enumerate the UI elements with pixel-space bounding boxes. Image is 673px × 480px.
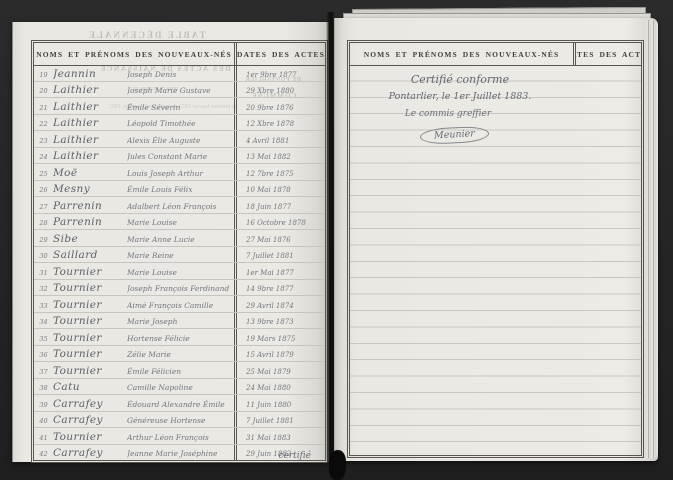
row-act-date: 15 Avril 1879 bbox=[234, 346, 325, 362]
births-table-right: NOMS ET PRÉNOMS DES NOUVEAUX-NÉS DATES D… bbox=[347, 40, 644, 458]
empty-ruled-rows: Certifié conforme Pontarlier, le 1er Jui… bbox=[350, 65, 641, 455]
row-surname: Tournier bbox=[53, 300, 127, 312]
table-row: 39CarrafeyÉdouard Alexandre Émile11 Juin… bbox=[34, 395, 325, 412]
row-given-names: Marie Anne Lucie bbox=[127, 235, 234, 246]
row-number: 40 bbox=[34, 417, 53, 427]
row-act-date: 27 Mai 1876 bbox=[234, 230, 325, 246]
row-given-names: Joseph Marie Gustave bbox=[127, 86, 234, 97]
register-page-left: TABLE DÉCENNALE DES ACTES DE NAISSANCE C… bbox=[12, 22, 329, 462]
table-row: 28ParreninMarie Louise16 Octobre 1878 bbox=[34, 214, 325, 231]
row-given-names: Hortense Félicie bbox=[127, 334, 234, 345]
row-act-date: 10 Mai 1878 bbox=[234, 181, 325, 197]
row-number: 42 bbox=[34, 450, 53, 460]
row-given-names: Camille Napoline bbox=[127, 383, 234, 394]
row-given-names: Arthur Léon François bbox=[127, 433, 234, 444]
row-act-date: 7 Juillet 1881 bbox=[234, 412, 325, 428]
row-number: 27 bbox=[34, 203, 53, 213]
row-surname: Tournier bbox=[53, 316, 127, 328]
table-row: 19JeanninJoseph Denis1er 9bre 1877 bbox=[34, 65, 325, 82]
row-number: 32 bbox=[34, 285, 53, 295]
table-row: 21LaithierÉmile Séverin20 9bre 1876 bbox=[34, 98, 325, 115]
table-row: 34TournierMarie Joseph13 9bre 1873 bbox=[34, 313, 325, 330]
row-number: 25 bbox=[34, 170, 53, 180]
row-act-date: 12 7bre 1875 bbox=[234, 164, 325, 180]
table-row: 26MesnyÉmile Louis Félix10 Mai 1878 bbox=[34, 181, 325, 198]
table-row: 24LaithierJules Constant Marie13 Mai 188… bbox=[34, 148, 325, 165]
row-given-names: Émile Séverin bbox=[127, 103, 234, 114]
row-surname: Tournier bbox=[53, 267, 127, 279]
row-act-date: 7 Juillet 1881 bbox=[234, 247, 325, 263]
gutter-shadow-notch bbox=[328, 450, 347, 480]
row-act-date: 12 Xbre 1878 bbox=[234, 115, 325, 131]
row-surname: Tournier bbox=[53, 349, 127, 361]
row-given-names: Joseph Denis bbox=[127, 70, 234, 81]
row-number: 35 bbox=[34, 335, 53, 345]
row-surname: Sibe bbox=[53, 234, 127, 246]
row-surname: Parrenin bbox=[53, 217, 127, 229]
row-given-names: Généreuse Hortense bbox=[127, 416, 234, 427]
table-row: 25MoëLouis Joseph Arthur12 7bre 1875 bbox=[34, 164, 325, 181]
row-given-names: Jeanne Marie Joséphine bbox=[127, 449, 234, 460]
table-row: 41TournierArthur Léon François31 Mai 188… bbox=[34, 428, 325, 445]
row-surname: Tournier bbox=[53, 432, 127, 444]
row-surname: Carrafey bbox=[53, 415, 127, 427]
row-surname: Tournier bbox=[53, 333, 127, 345]
row-act-date: 1er 9bre 1877 bbox=[234, 65, 325, 81]
table-row: 29SibeMarie Anne Lucie27 Mai 1876 bbox=[34, 230, 325, 247]
row-act-date: 11 Juin 1880 bbox=[234, 395, 325, 411]
signature-wrap: Meunier bbox=[350, 124, 570, 143]
row-surname: Tournier bbox=[53, 283, 127, 295]
certification-block: Certifié conforme Pontarlier, le 1er Jui… bbox=[350, 73, 570, 143]
register-page-right: NOMS ET PRÉNOMS DES NOUVEAUX-NÉS DATES D… bbox=[334, 18, 658, 461]
table-row: 36TournierZélie Marie15 Avril 1879 bbox=[34, 346, 325, 363]
row-act-date: 29 Xbre 1880 bbox=[234, 82, 325, 98]
row-surname: Laithier bbox=[53, 135, 127, 147]
row-surname: Laithier bbox=[53, 151, 127, 163]
row-given-names: Joseph François Ferdinand bbox=[127, 284, 234, 295]
row-given-names: Marie Joseph bbox=[127, 317, 234, 328]
row-number: 33 bbox=[34, 302, 53, 312]
row-number: 19 bbox=[34, 71, 53, 81]
row-number: 24 bbox=[34, 153, 53, 163]
row-act-date: 31 Mai 1883 bbox=[234, 428, 325, 444]
table-header: NOMS ET PRÉNOMS DES NOUVEAUX-NÉS DATES D… bbox=[350, 43, 641, 66]
row-number: 22 bbox=[34, 120, 53, 130]
row-surname: Saillard bbox=[53, 250, 127, 262]
row-act-date: 24 Mai 1880 bbox=[234, 379, 325, 395]
row-number: 38 bbox=[34, 384, 53, 394]
row-number: 36 bbox=[34, 351, 53, 361]
row-act-date: 14 9bre 1877 bbox=[234, 280, 325, 296]
row-given-names: Aimé François Camille bbox=[127, 301, 234, 312]
row-number: 29 bbox=[34, 236, 53, 246]
row-surname: Parrenin bbox=[53, 201, 127, 213]
row-surname: Moë bbox=[53, 168, 127, 180]
row-given-names: Émile Félicien bbox=[127, 367, 234, 378]
row-surname: Laithier bbox=[53, 102, 127, 114]
certification-line: Pontarlier, le 1er Juillet 1883. bbox=[350, 91, 570, 102]
table-row: 27ParreninAdalbert Léon François18 Juin … bbox=[34, 197, 325, 214]
row-number: 37 bbox=[34, 368, 53, 378]
row-surname: Laithier bbox=[53, 85, 127, 97]
page-stack-edge-right bbox=[646, 20, 658, 458]
row-number: 31 bbox=[34, 269, 53, 279]
row-surname: Carrafey bbox=[53, 448, 127, 460]
bleedthrough-text: TABLE DÉCENNALE bbox=[87, 30, 206, 40]
row-given-names: Zélie Marie bbox=[127, 350, 234, 361]
row-number: 34 bbox=[34, 318, 53, 328]
row-act-date: 18 Juin 1877 bbox=[234, 197, 325, 213]
row-given-names: Émile Louis Félix bbox=[127, 185, 234, 196]
row-number: 30 bbox=[34, 252, 53, 262]
row-number: 23 bbox=[34, 137, 53, 147]
row-surname: Catu bbox=[53, 382, 127, 394]
row-given-names: Marie Reine bbox=[127, 251, 234, 262]
table-row: 23LaithierAlexis Élie Auguste4 Avril 188… bbox=[34, 131, 325, 148]
scanned-register-spread: TABLE DÉCENNALE DES ACTES DE NAISSANCE C… bbox=[0, 0, 673, 480]
table-row: 38CatuCamille Napoline24 Mai 1880 bbox=[34, 379, 325, 396]
row-surname: Jeannin bbox=[53, 69, 127, 81]
row-surname: Tournier bbox=[53, 366, 127, 378]
row-surname: Mesny bbox=[53, 184, 127, 196]
header-names-column: NOMS ET PRÉNOMS DES NOUVEAUX-NÉS bbox=[34, 50, 234, 59]
row-surname: Carrafey bbox=[53, 399, 127, 411]
row-number: 39 bbox=[34, 401, 53, 411]
row-given-names: Marie Louise bbox=[127, 218, 234, 229]
row-act-date: 16 Octobre 1878 bbox=[234, 214, 325, 230]
row-given-names: Marie Louise bbox=[127, 268, 234, 279]
row-act-date: 4 Avril 1881 bbox=[234, 131, 325, 147]
row-number: 21 bbox=[34, 104, 53, 114]
row-given-names: Jules Constant Marie bbox=[127, 152, 234, 163]
row-given-names: Édouard Alexandre Émile bbox=[127, 400, 234, 411]
row-number: 41 bbox=[34, 434, 53, 444]
row-act-date: 25 Mai 1879 bbox=[234, 362, 325, 378]
clerk-signature: Meunier bbox=[419, 126, 489, 146]
table-row: 32TournierJoseph François Ferdinand14 9b… bbox=[34, 280, 325, 297]
row-act-date: 19 Mars 1875 bbox=[234, 329, 325, 345]
table-header: NOMS ET PRÉNOMS DES NOUVEAUX-NÉS DATES D… bbox=[34, 43, 325, 66]
table-row: 37TournierÉmile Félicien25 Mai 1879 bbox=[34, 362, 325, 379]
row-act-date: 1er Mai 1877 bbox=[234, 263, 325, 279]
births-table-left: NOMS ET PRÉNOMS DES NOUVEAUX-NÉS DATES D… bbox=[31, 40, 328, 463]
row-given-names: Léopold Timothée bbox=[127, 119, 234, 130]
row-act-date: 13 9bre 1873 bbox=[234, 313, 325, 329]
table-row: 33TournierAimé François Camille29 Avril … bbox=[34, 296, 325, 313]
header-names-column: NOMS ET PRÉNOMS DES NOUVEAUX-NÉS bbox=[350, 50, 573, 59]
row-given-names: Adalbert Léon François bbox=[127, 202, 234, 213]
certification-line: Certifié conforme bbox=[350, 73, 570, 86]
row-act-date: 13 Mai 1882 bbox=[234, 148, 325, 164]
row-number: 28 bbox=[34, 219, 53, 229]
row-number: 20 bbox=[34, 87, 53, 97]
row-number: 26 bbox=[34, 186, 53, 196]
row-surname: Laithier bbox=[53, 118, 127, 130]
table-row: 30SaillardMarie Reine7 Juillet 1881 bbox=[34, 247, 325, 264]
row-act-date: 29 Avril 1874 bbox=[234, 296, 325, 312]
table-row: 31TournierMarie Louise1er Mai 1877 bbox=[34, 263, 325, 280]
row-given-names: Louis Joseph Arthur bbox=[127, 169, 234, 180]
row-act-date: 20 9bre 1876 bbox=[234, 98, 325, 114]
table-row: 35TournierHortense Félicie19 Mars 1875 bbox=[34, 329, 325, 346]
table-row: 40CarrafeyGénéreuse Hortense7 Juillet 18… bbox=[34, 412, 325, 429]
table-row: 20LaithierJoseph Marie Gustave29 Xbre 18… bbox=[34, 82, 325, 99]
header-dates-column: DATES DES ACTES bbox=[573, 43, 641, 65]
row-given-names: Alexis Élie Auguste bbox=[127, 136, 234, 147]
certification-line: Le commis greffier bbox=[338, 109, 558, 119]
book-gutter bbox=[326, 12, 335, 464]
header-dates-column: DATES DES ACTES bbox=[234, 43, 325, 65]
table-row: 22LaithierLéopold Timothée12 Xbre 1878 bbox=[34, 115, 325, 132]
register-rows: 19JeanninJoseph Denis1er 9bre 187720Lait… bbox=[34, 65, 325, 460]
certified-note: certifié bbox=[279, 451, 312, 461]
